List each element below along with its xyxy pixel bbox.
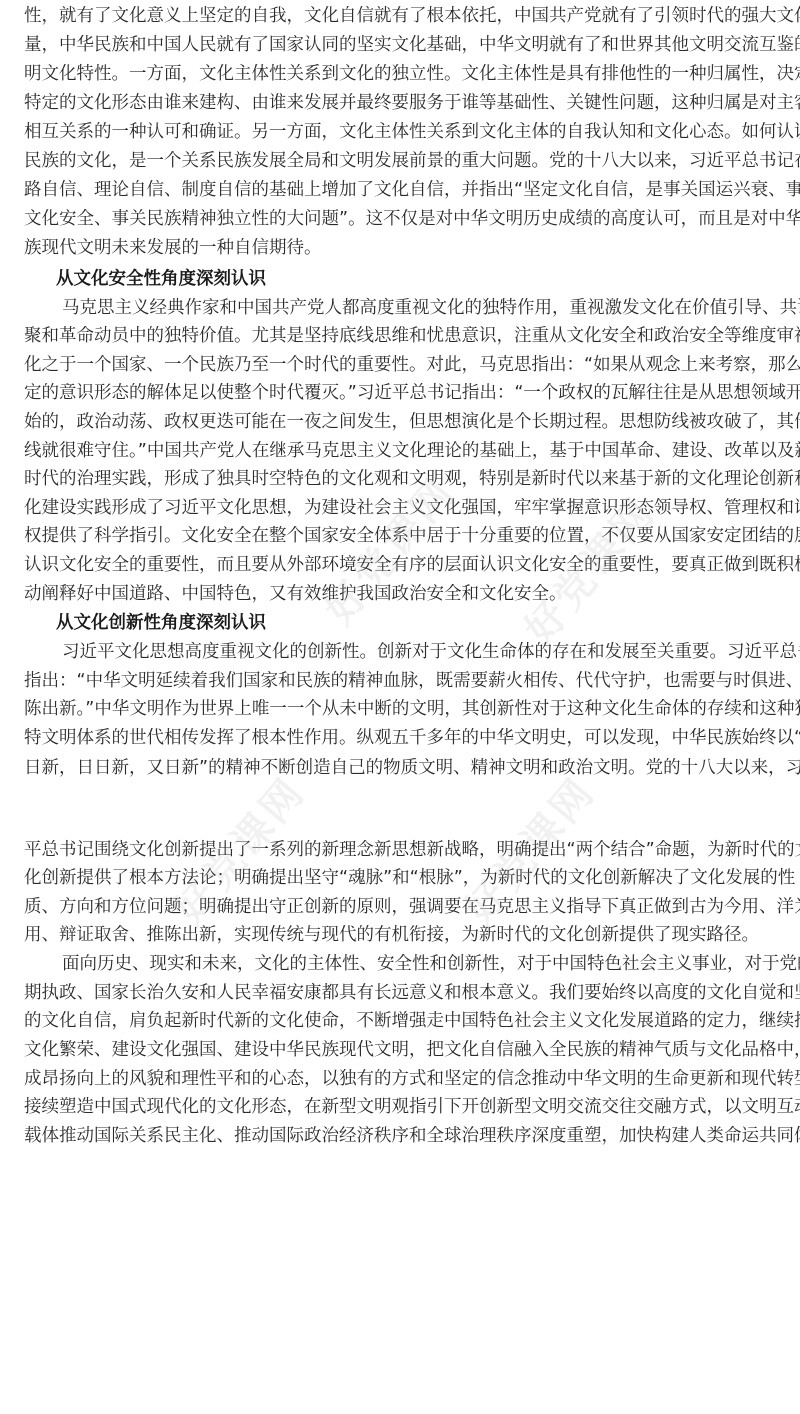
section-heading: 从文化安全性角度深刻认识 (56, 267, 800, 291)
paragraph-line: 量，中华民族和中国人民就有了国家认同的坚实文化基础，中华文明就有了和世界其他文明… (24, 33, 776, 57)
paragraph-line: 始的，政治动荡、政权更迭可能在一夜之间发生，但思想演化是个长期过程。思想防线被攻… (24, 410, 776, 434)
paragraph-line: 明文化特性。一方面，文化主体性关系到文化的独立性。文化主体性是具有排他性的一种归… (24, 62, 776, 86)
paragraph-line: 聚和革命动员中的独特价值。尤其是坚持底线思维和忧患意识，注重从文化安全和政治安全… (24, 324, 776, 348)
paragraph-line: 期执政、国家长治久安和人民幸福安康都具有长远意义和根本意义。我们要始终以高度的文… (24, 981, 776, 1005)
paragraph-line: 指出：“中华文明延续着我们国家和民族的精神血脉，既需要薪火相传、代代守护，也需要… (24, 669, 776, 693)
paragraph-line: 权提供了科学指引。文化安全在整个国家安全体系中居于十分重要的位置，不仅要从国家安… (24, 524, 776, 548)
paragraph-line: 文化安全、事关民族精神独立性的大问题”。这不仅是对中华文明历史成绩的高度认可，而… (24, 207, 776, 231)
paragraph-line: 习近平文化思想高度重视文化的创新性。创新对于文化生命体的存在和发展至关重要。习近… (62, 640, 776, 664)
paragraph-line: 性，就有了文化意义上坚定的自我，文化自信就有了根本依托，中国共产党就有了引领时代… (24, 4, 776, 28)
paragraph-line: 认识文化安全的重要性，而且要从外部环境安全有序的层面认识文化安全的重要性，要真正… (24, 553, 776, 577)
paragraph-line: 特定的文化形态由谁来建构、由谁来发展并最终要服务于谁等基础性、关键性问题，这种归… (24, 91, 776, 115)
paragraph-line: 化创新提供了根本方法论；明确提出坚守“魂脉”和“根脉”，为新时代的文化创新解决了… (24, 866, 776, 890)
paragraph-line: 时代的治理实践，形成了独具时空特色的文化观和文明观，特别是新时代以来基于新的文化… (24, 467, 776, 491)
paragraph-line: 定的意识形态的解体足以使整个时代覆灭。”习近平总书记指出：“一个政权的瓦解往往是… (24, 381, 776, 405)
paragraph-line: 民族的文化，是一个关系民族发展全局和文明发展前景的重大问题。党的十八大以来，习近… (24, 149, 776, 173)
paragraph-line: 质、方向和方位问题；明确提出守正创新的原则，强调要在马克思主义指导下真正做到古为… (24, 895, 776, 919)
paragraph-line: 载体推动国际关系民主化、推动国际政治经济秩序和全球治理秩序深度重塑，加快构建人类… (24, 1124, 776, 1148)
paragraph-line: 线就很难守住。”中国共产党人在继承马克思主义文化理论的基础上，基于中国革命、建设… (24, 439, 776, 463)
paragraph-line: 族现代文明未来发展的一种自信期待。 (24, 236, 776, 260)
paragraph-line: 马克思主义经典作家和中国共产党人都高度重视文化的独特作用，重视激发文化在价值引导… (62, 296, 776, 320)
paragraph-line: 文化繁荣、建设文化强国、建设中华民族现代文明，把文化自信融入全民族的精神气质与文… (24, 1038, 776, 1062)
paragraph-line: 路自信、理论自信、制度自信的基础上增加了文化自信，并指出“坚定文化自信，是事关国… (24, 178, 776, 202)
paragraph-line: 化之于一个国家、一个民族乃至一个时代的重要性。对此，马克思指出：“如果从观念上来… (24, 353, 776, 377)
paragraph-line: 日新，日日新，又日新”的精神不断创造自己的物质文明、精神文明和政治文明。党的十八… (24, 756, 776, 780)
paragraph-line: 用、辩证取舍、推陈出新，实现传统与现代的有机衔接，为新时代的文化创新提供了现实路… (24, 923, 776, 947)
paragraph-line: 特文明体系的世代相传发挥了根本性作用。纵观五千多年的中华文明史，可以发现，中华民… (24, 726, 776, 750)
paragraph-line: 平总书记围绕文化创新提出了一系列的新理念新思想新战略，明确提出“两个结合”命题，… (24, 838, 776, 862)
paragraph-line: 接续塑造中国式现代化的文化形态，在新型文明观指引下开创新型文明交流交往交融方式，… (24, 1095, 776, 1119)
paragraph-line: 面向历史、现实和未来，文化的主体性、安全性和创新性，对于中国特色社会主义事业，对… (62, 952, 776, 976)
paragraph-line: 陈出新。”中华文明作为世界上唯一一个从未中断的文明，其创新性对于这种文化生命体的… (24, 697, 776, 721)
paragraph-line: 相互关系的一种认可和确证。另一方面，文化主体性关系到文化主体的自我认知和文化心态… (24, 120, 776, 144)
paragraph-line: 化建设实践形成了习近平文化思想，为建设社会主义文化强国，牢牢掌握意识形态领导权、… (24, 496, 776, 520)
paragraph-line: 成昂扬向上的风貌和理性平和的心态，以独有的方式和坚定的信念推动中华文明的生命更新… (24, 1067, 776, 1091)
section-heading: 从文化创新性角度深刻认识 (56, 611, 800, 635)
paragraph-line: 的文化自信，肩负起新时代新的文化使命，不断增强走中国特色社会主义文化发展道路的定… (24, 1009, 776, 1033)
paragraph-line: 动阐释好中国道路、中国特色，又有效维护我国政治安全和文化安全。 (24, 582, 776, 606)
